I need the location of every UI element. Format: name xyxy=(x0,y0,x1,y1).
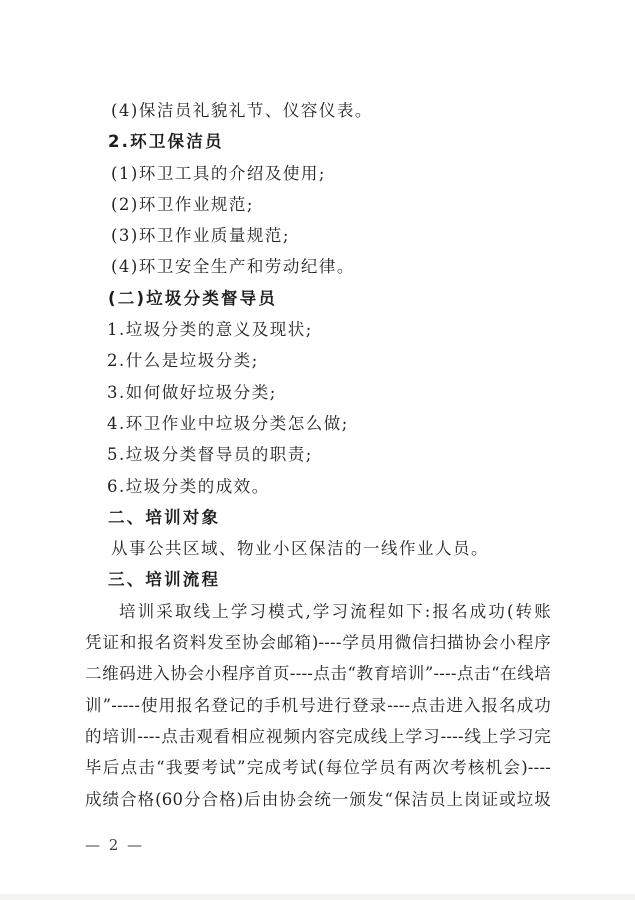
text-line: 的培训----点击观看相应视频内容完成线上学习----线上学习完 xyxy=(85,721,551,752)
text-line: 三、培训流程 xyxy=(85,564,551,595)
text-line: 训”-----使用报名登记的手机号进行登录----点击进入报名成功 xyxy=(85,690,551,721)
document-lines: (4)保洁员礼貌礼节、仪容仪表。2.环卫保洁员(1)环卫工具的介绍及使用;(2)… xyxy=(85,95,551,815)
text-line: 1.垃圾分类的意义及现状; xyxy=(85,314,551,345)
text-line: 2.环卫保洁员 xyxy=(85,126,551,157)
text-line: (4)保洁员礼貌礼节、仪容仪表。 xyxy=(85,95,551,126)
page-bottom-edge xyxy=(0,894,635,900)
text-line: 二、培训对象 xyxy=(85,502,551,533)
text-line: 4.环卫作业中垃圾分类怎么做; xyxy=(85,408,551,439)
text-line: 6.垃圾分类的成效。 xyxy=(85,471,551,502)
text-line: 2.什么是垃圾分类; xyxy=(85,345,551,376)
text-line: 3.如何做好垃圾分类; xyxy=(85,377,551,408)
text-line: (3)环卫作业质量规范; xyxy=(85,220,551,251)
text-line: 成绩合格(60分合格)后由协会统一颁发“保洁员上岗证或垃圾 xyxy=(85,784,551,815)
text-line: (二)垃圾分类督导员 xyxy=(85,283,551,314)
text-line: (2)环卫作业规范; xyxy=(85,189,551,220)
text-line: 凭证和报名资料发至协会邮箱)----学员用微信扫描协会小程序 xyxy=(85,627,551,658)
text-line: (4)环卫安全生产和劳动纪律。 xyxy=(85,251,551,282)
text-line: 毕后点击“我要考试”完成考试(每位学员有两次考核机会)---- xyxy=(85,752,551,783)
text-line: 从事公共区域、物业小区保洁的一线作业人员。 xyxy=(85,533,551,564)
text-line: 5.垃圾分类督导员的职责; xyxy=(85,439,551,470)
text-line: 培训采取线上学习模式,学习流程如下:报名成功(转账 xyxy=(85,596,551,627)
document-page: (4)保洁员礼貌礼节、仪容仪表。2.环卫保洁员(1)环卫工具的介绍及使用;(2)… xyxy=(0,0,635,900)
page-number: — 2 — xyxy=(85,836,144,854)
text-line: 二维码进入协会小程序首页----点击“教育培训”----点击“在线培 xyxy=(85,658,551,689)
text-line: (1)环卫工具的介绍及使用; xyxy=(85,158,551,189)
